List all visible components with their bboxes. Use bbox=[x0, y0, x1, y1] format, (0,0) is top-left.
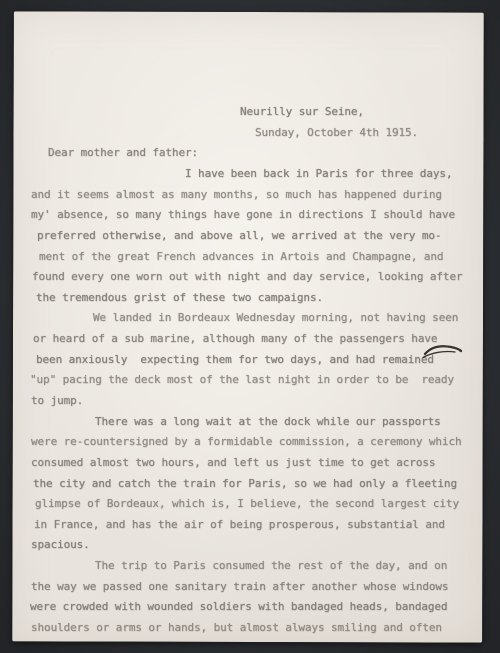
pen-squiggle-mark-icon bbox=[421, 343, 465, 361]
scanned-letter-page: Neurilly sur Seine,Sunday, October 4th 1… bbox=[0, 0, 500, 653]
letter-paper-sheet bbox=[12, 11, 484, 642]
